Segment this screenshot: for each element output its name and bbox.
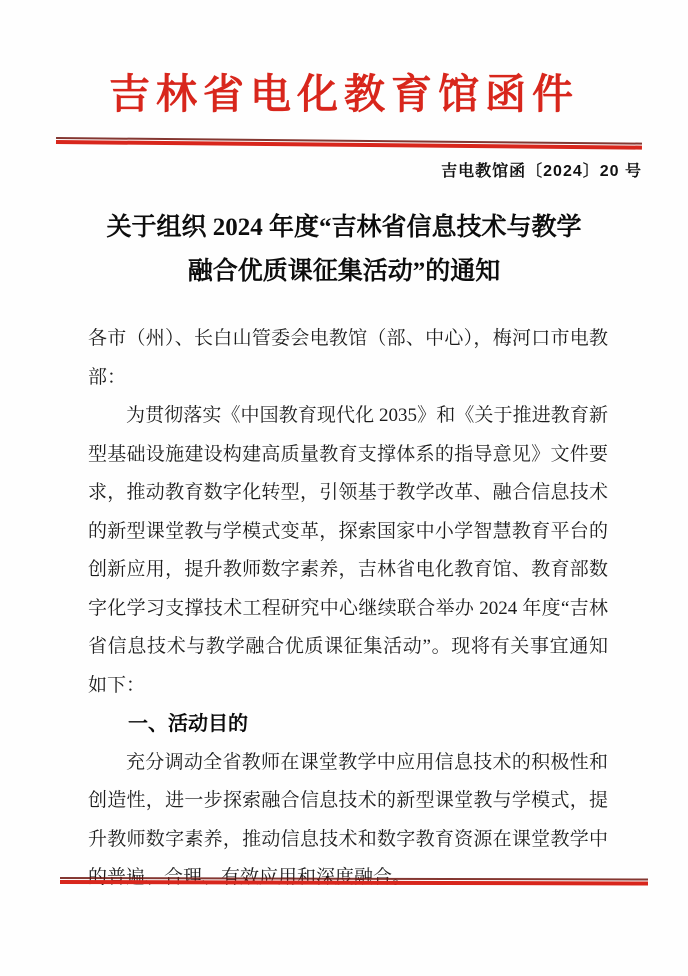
recipients-line: 各市（州）、长白山管委会电教馆（部、中心），梅河口市电教部： xyxy=(88,320,608,397)
notice-body: 各市（州）、长白山管委会电教馆（部、中心），梅河口市电教部： 为贯彻落实《中国教… xyxy=(88,320,608,898)
document-number: 吉电教馆函〔2024〕20 号 xyxy=(441,158,642,181)
notice-title: 关于组织 2024 年度“吉林省信息技术与教学 融合优质课征集活动”的通知 xyxy=(0,206,688,294)
letterhead-org-title: 吉林省电化教育馆函件 xyxy=(0,68,688,120)
notice-title-line-2: 融合优质课征集活动”的通知 xyxy=(0,250,688,294)
notice-title-line-1: 关于组织 2024 年度“吉林省信息技术与教学 xyxy=(0,206,688,250)
section-1-paragraph: 充分调动全省教师在课堂教学中应用信息技术的积极性和创造性，进一步探索融合信息技术… xyxy=(88,744,608,898)
section-1-heading: 一、活动目的 xyxy=(128,705,608,744)
scanned-letter-page: 吉林省电化教育馆函件 吉电教馆函〔2024〕20 号 关于组织 2024 年度“… xyxy=(0,0,688,976)
letterhead-divider xyxy=(56,137,642,150)
intro-paragraph: 为贯彻落实《中国教育现代化 2035》和《关于推进教育新型基础设施建设构建高质量… xyxy=(88,397,608,705)
